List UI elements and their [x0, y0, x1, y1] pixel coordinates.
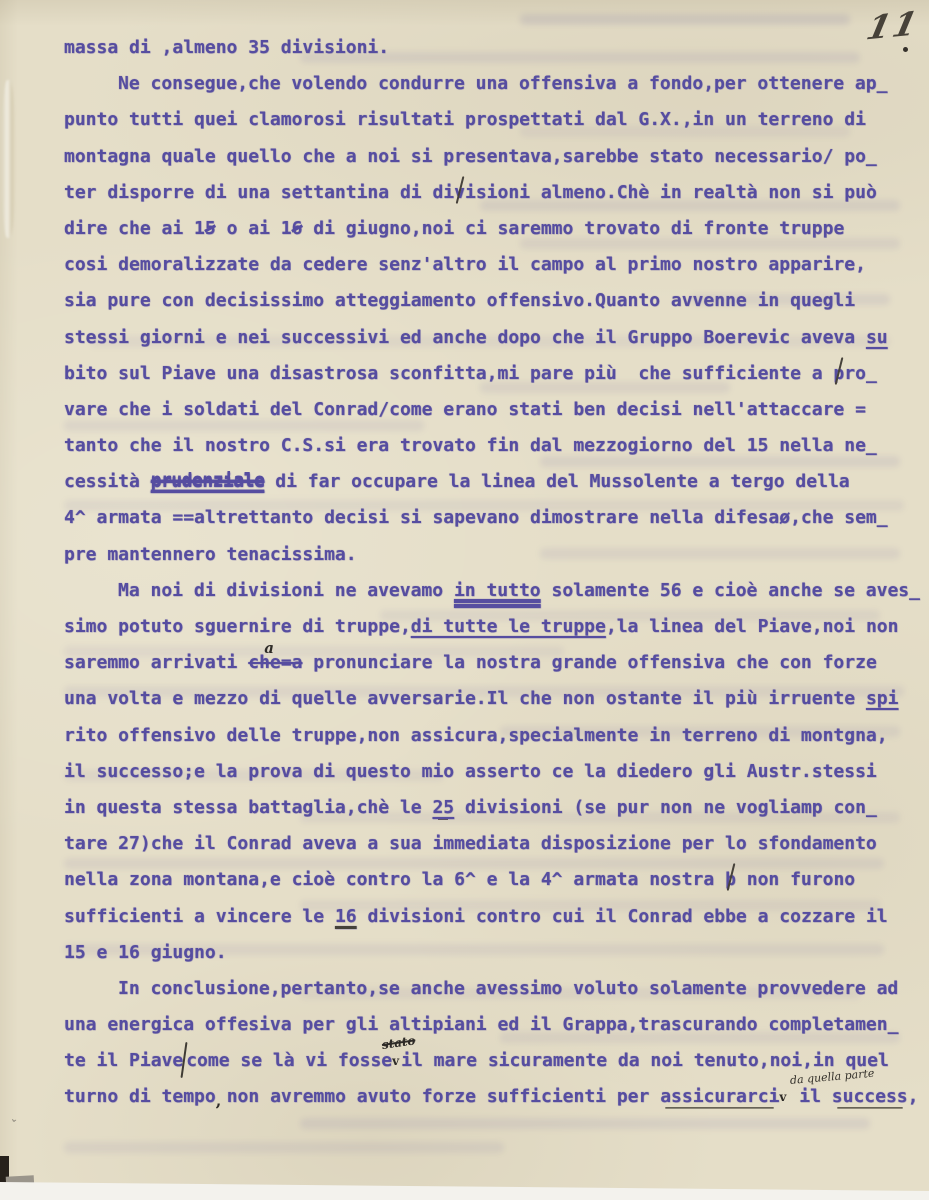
typed-line: il successo;e la prova di questo mio ass… [64, 754, 914, 790]
typed-line: dire che ai 15 o ai 16 di giugno,noi ci … [64, 211, 914, 247]
typed-line: saremmo arrivati ache=a pronunciare la n… [64, 645, 914, 681]
text-segment: punto tutti quei clamorosi risultati pro… [64, 109, 866, 130]
text-segment: sufficienti a vincere le [64, 906, 335, 927]
text-segment: prudenziale [151, 471, 265, 492]
text-segment: te il Piave [64, 1050, 183, 1071]
typed-line: punto tutti quei clamorosi risultati pro… [64, 102, 914, 138]
text-segment: bito sul Piave una disastrosa sconfitta,… [64, 363, 833, 384]
bleed-through-mark [520, 14, 850, 25]
text-segment: o ai 1 [216, 218, 292, 239]
typed-line: 15 e 16 giugno. [64, 935, 914, 971]
text-segment: massa di ,almeno 35 divisioni. [64, 37, 389, 58]
text-segment: in tutto [454, 580, 541, 601]
typed-line: sufficienti a vincere le 16 divisioni co… [64, 899, 914, 935]
typed-line: stessi giorni e nei successivi ed anche … [64, 320, 914, 356]
text-segment: turno di tempo [64, 1086, 216, 1107]
text-segment: In conclusione,pertanto,se anche avessim… [118, 978, 898, 999]
text-segment: p [833, 363, 844, 384]
text-segment: non furono [736, 869, 855, 890]
text-segment: 6 [292, 218, 303, 239]
text-segment: sia pure con decisissimo atteggiamento o… [64, 290, 855, 311]
text-segment: di giugno,noi ci saremmo trovato di fron… [302, 218, 844, 239]
text-segment: stessi giorni e nei successivi ed anche … [64, 327, 866, 348]
text-segment: montagna quale quello che a noi si prese… [64, 146, 877, 167]
text-segment: su [866, 327, 888, 348]
typed-line: cessità prudenziale di far occupare la l… [64, 464, 914, 500]
typed-line: in questa stessa battaglia,chè le 25 div… [64, 790, 914, 826]
text-segment: spi [866, 688, 899, 709]
typed-line: cosi demoralizzate da cedere senz'altro … [64, 247, 914, 283]
text-segment: solamente 56 e cioè anche se aves_ [541, 580, 920, 601]
text-segment: divisioni contro cui il Conrad ebbe a co… [357, 906, 888, 927]
document-page: 11 ˇ massa di ,almeno 35 divisioni.Ne co… [0, 0, 929, 1200]
text-segment: saremmo arrivati [64, 652, 248, 673]
text-segment: pronunciare la nostra grande offensiva c… [302, 652, 876, 673]
typed-line: bito sul Piave una disastrosa sconfitta,… [64, 356, 914, 392]
text-segment: nella zona montana,e cioè contro la 6^ e… [64, 869, 725, 890]
text-segment: v [454, 182, 465, 203]
text-segment: Ne consegue,che volendo condurre una off… [118, 73, 887, 94]
typed-line: una volta e mezzo di quelle avversarie.I… [64, 681, 914, 717]
typed-line: Ma noi di divisioni ne avevamo in tutto … [64, 573, 914, 609]
typed-line: nella zona montana,e cioè contro la 6^ e… [64, 862, 914, 898]
text-segment: v [779, 1090, 788, 1104]
text-segment: divisioni (se pur non ne vogliamp con_ [454, 797, 877, 818]
text-segment: cosi demoralizzate da cedere senz'altro … [64, 254, 866, 275]
text-segment: 4^ armata ==altrettanto decisi si sapeva… [64, 507, 888, 528]
typed-line: turno di tempo,non avremmo avuto forze s… [64, 1079, 914, 1115]
typed-line: sia pure con decisissimo atteggiamento o… [64, 283, 914, 319]
paper-sheet: 11 ˇ massa di ,almeno 35 divisioni.Ne co… [0, 0, 929, 1200]
text-segment: cessità [64, 471, 151, 492]
text-segment: il successo;e la prova di questo mio ass… [64, 761, 877, 782]
typed-line: ter disporre di una settantina di divisi… [64, 175, 914, 211]
text-segment: di tutte le truppe [411, 616, 606, 637]
text-segment: non avremmo avuto forze sufficienti per [227, 1086, 660, 1107]
text-segment: pre mantennero tenacissima. [64, 544, 357, 565]
text-segment: il [788, 1086, 831, 1107]
text-segment: che=a [248, 652, 302, 673]
text-segment: v [392, 1054, 401, 1068]
text-segment: 5 [205, 218, 216, 239]
text-segment: simo potuto sguernire di truppe, [64, 616, 411, 637]
text-segment: 15 e 16 giugno. [64, 942, 227, 963]
text-segment: dire che ai 1 [64, 218, 205, 239]
text-segment: 25 [432, 797, 454, 818]
typed-text-block: massa di ,almeno 35 divisioni.Ne consegu… [64, 30, 914, 1116]
bleed-through-mark [300, 1118, 870, 1129]
typed-line: vare che i soldati del Conrad/come erano… [64, 392, 914, 428]
gray-corner [6, 1175, 35, 1188]
text-segment: tare 27)che il Conrad aveva a sua immedi… [64, 833, 877, 854]
typed-line: pre mantennero tenacissima. [64, 537, 914, 573]
typed-line: simo potuto sguernire di truppe,di tutte… [64, 609, 914, 645]
text-segment: , [908, 1086, 919, 1107]
typed-line: In conclusione,pertanto,se anche avessim… [64, 971, 914, 1007]
text-segment: 16 [335, 906, 357, 927]
typed-line: rito offensivo delle truppe,non assicura… [64, 718, 914, 754]
typed-line: Ne consegue,che volendo condurre una off… [64, 66, 914, 102]
text-segment: tanto che il nostro C.S.si era trovato f… [64, 435, 877, 456]
typed-line: massa di ,almeno 35 divisioni. [64, 30, 914, 66]
text-segment: Ma noi di divisioni ne avevamo [118, 580, 454, 601]
handwritten-annotation: , [216, 1091, 227, 1110]
text-segment: in questa stessa battaglia,chè le [64, 797, 432, 818]
text-segment: una volta e mezzo di quelle avversarie.I… [64, 688, 866, 709]
bleed-through-mark [64, 1142, 504, 1153]
text-segment: vare che i soldati del Conrad/come erano… [64, 399, 866, 420]
typed-line: tanto che il nostro C.S.si era trovato f… [64, 428, 914, 464]
text-segment: come se là vi fosse [186, 1050, 392, 1071]
text-segment: il mare sicuramente da noi tenuto,noi,in… [401, 1050, 889, 1071]
text-segment: una energica offesiva per gli altipiani … [64, 1014, 898, 1035]
text-segment: ter disporre di una settantina di di [64, 182, 454, 203]
text-segment: ,la linea del Piave,noi non [606, 616, 899, 637]
pencil-tick: ˇ [9, 1118, 18, 1133]
handwritten-annotation: da quella parte [790, 1074, 791, 1087]
text-segment: þ [725, 869, 736, 890]
text-segment: rito offensivo delle truppe,non assicura… [64, 725, 888, 746]
typed-line: una energica offesiva per gli altipiani … [64, 1007, 914, 1043]
typed-line: 4^ armata ==altrettanto decisi si sapeva… [64, 500, 914, 536]
text-segment: ro_ [844, 363, 877, 384]
text-segment: di far occupare la linea del Mussolente … [264, 471, 849, 492]
paper-crease [2, 80, 15, 238]
typed-line: montagna quale quello che a noi si prese… [64, 139, 914, 175]
typed-line: tare 27)che il Conrad aveva a sua immedi… [64, 826, 914, 862]
text-segment: assicurarci [660, 1086, 779, 1107]
text-segment: success [832, 1086, 908, 1107]
text-segment: isioni almeno.Chè in realtà non si può [465, 182, 877, 203]
typed-line: te il Piavecome se là vi fossestatovil m… [64, 1043, 914, 1079]
